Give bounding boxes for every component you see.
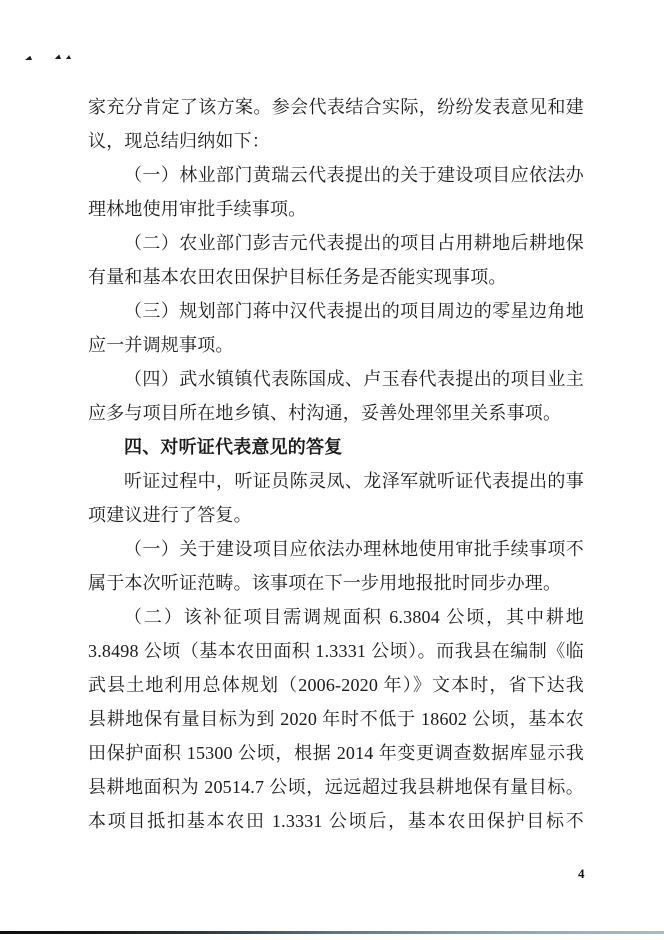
text-line: （一）关于建设项目应依法办理林地使用审批手续事项不 [88,532,584,566]
text-line: 武县土地利用总体规划（2006-2020 年）》文本时，省下达我 [88,668,584,702]
text-line: 县耕地保有量目标为到 2020 年时不低于 18602 公顷，基本农 [88,702,584,736]
scanned-document-page: 家充分肯定了该方案。参会代表结合实际，纷纷发表意见和建议，现总结归纳如下：（一）… [0,0,664,940]
text-line: 四、对听证代表意见的答复 [88,430,584,464]
text-line: 本项目抵扣基本农田 1.3331 公顷后，基本农田保护目标不变。 [88,804,584,838]
text-line: 应多与项目所在地乡镇、村沟通，妥善处理邻里关系事项。 [88,396,584,430]
text-line: 家充分肯定了该方案。参会代表结合实际，纷纷发表意见和建 [88,90,584,124]
text-line: 理林地使用审批手续事项。 [88,192,584,226]
text-line: 听证过程中，听证员陈灵凤、龙泽军就听证代表提出的事 [88,464,584,498]
text-line: 议，现总结归纳如下： [88,124,584,158]
document-body: 家充分肯定了该方案。参会代表结合实际，纷纷发表意见和建议，现总结归纳如下：（一）… [88,90,584,838]
text-line: 3.8498 公顷（基本农田面积 1.3331 公顷）。而我县在编制《临 [88,634,584,668]
text-line: 县耕地面积为 20514.7 公顷，远远超过我县耕地保有量目标。 [88,770,584,804]
text-line: （四）武水镇镇代表陈国成、卢玉春代表提出的项目业主 [88,362,584,396]
scan-edge-artifact [0,931,664,934]
text-line: 有量和基本农田农田保护目标任务是否能实现事项。 [88,260,584,294]
text-line: 应一并调规事项。 [88,328,584,362]
ink-speck [25,55,32,60]
text-line: 属于本次听证范畴。该事项在下一步用地报批时同步办理。 [88,566,584,600]
text-line: （三）规划部门蒋中汉代表提出的项目周边的零星边角地 [88,294,584,328]
text-line: 田保护面积 15300 公顷，根据 2014 年变更调查数据库显示我 [88,736,584,770]
page-number: 4 [578,866,585,882]
ink-speck [66,55,71,59]
text-line: （二）该补征项目需调规面积 6.3804 公顷，其中耕地 [88,600,584,634]
ink-speck [55,54,61,59]
text-line: 项建议进行了答复。 [88,498,584,532]
text-line: （二）农业部门彭吉元代表提出的项目占用耕地后耕地保 [88,226,584,260]
text-line: （一）林业部门黄瑞云代表提出的关于建设项目应依法办 [88,158,584,192]
